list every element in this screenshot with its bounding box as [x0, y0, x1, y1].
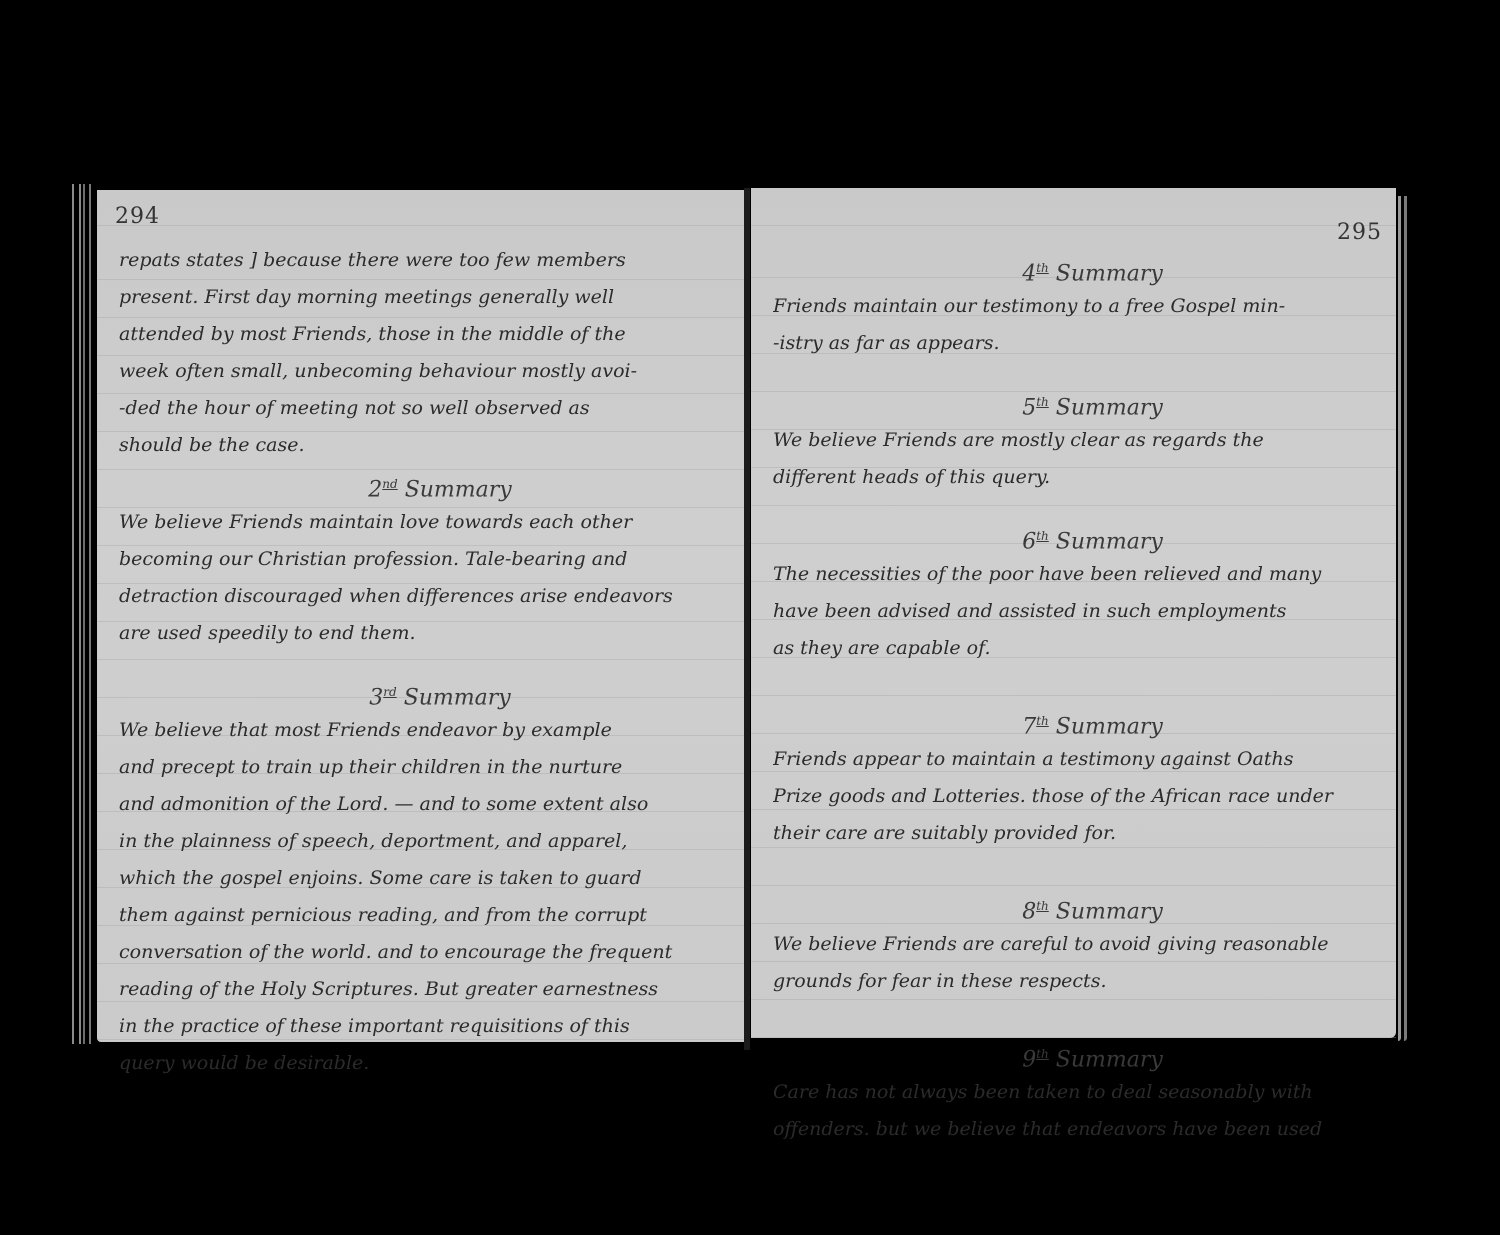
- section-heading-7th-summary: 7th Summary: [773, 701, 1382, 741]
- text-line: them against pernicious reading, and fro…: [119, 897, 731, 934]
- text-line: query would be desirable.: [119, 1045, 731, 1082]
- section-heading-3rd-summary: 3rd Summary: [119, 672, 731, 712]
- heading-ordinal-suffix: th: [1036, 714, 1049, 728]
- page-number-right: 295: [1337, 220, 1382, 245]
- text-line: in the practice of these important requi…: [119, 1008, 731, 1045]
- text-line: their care are suitably provided for.: [773, 815, 1382, 852]
- section-heading-2nd-summary: 2nd Summary: [119, 464, 731, 504]
- section-heading-8th-summary: 8th Summary: [773, 886, 1382, 926]
- text-line: in the plainness of speech, deportment, …: [119, 823, 731, 860]
- text-line: week often small, unbecoming behaviour m…: [119, 353, 731, 390]
- left-page-text: repats states ] because there were too f…: [119, 242, 731, 1082]
- text-line: detraction discouraged when differences …: [119, 578, 731, 615]
- left-page-stack-edge: [70, 184, 97, 1044]
- text-line: -istry as far as appears.: [773, 325, 1382, 362]
- right-page-text: 4th Summary Friends maintain our testimo…: [773, 248, 1382, 1148]
- text-line: We believe Friends are careful to avoid …: [773, 926, 1382, 963]
- left-page: 294 repats states ] because there were t…: [97, 190, 745, 1042]
- heading-ordinal: 8: [1022, 899, 1036, 924]
- text-line: Care has not always been taken to deal s…: [773, 1074, 1382, 1111]
- heading-title: Summary: [404, 685, 511, 710]
- heading-ordinal-suffix: nd: [382, 477, 397, 491]
- heading-ordinal: 7: [1022, 714, 1036, 739]
- heading-title: Summary: [405, 477, 512, 502]
- text-line: becoming our Christian profession. Tale-…: [119, 541, 731, 578]
- heading-ordinal: 9: [1022, 1047, 1036, 1072]
- text-line: have been advised and assisted in such e…: [773, 593, 1382, 630]
- heading-title: Summary: [1056, 899, 1163, 924]
- text-line: should be the case.: [119, 427, 731, 464]
- scanned-book-spread: 294 repats states ] because there were t…: [0, 0, 1500, 1235]
- book-gutter: [744, 188, 750, 1050]
- heading-ordinal-suffix: th: [1036, 395, 1049, 409]
- section-heading-6th-summary: 6th Summary: [773, 516, 1382, 556]
- heading-ordinal: 4: [1022, 261, 1036, 286]
- text-line: attended by most Friends, those in the m…: [119, 316, 731, 353]
- section-heading-9th-summary: 9th Summary: [773, 1034, 1382, 1074]
- text-line: repats states ] because there were too f…: [119, 242, 731, 279]
- right-page-stack-edge: [1396, 196, 1410, 1041]
- text-line: are used speedily to end them.: [119, 615, 731, 652]
- text-line: conversation of the world. and to encour…: [119, 934, 731, 971]
- text-line: which the gospel enjoins. Some care is t…: [119, 860, 731, 897]
- page-number-left: 294: [115, 204, 160, 229]
- text-line: offenders. but we believe that endeavors…: [773, 1111, 1382, 1148]
- text-line: different heads of this query.: [773, 459, 1382, 496]
- section-heading-5th-summary: 5th Summary: [773, 382, 1382, 422]
- text-line: The necessities of the poor have been re…: [773, 556, 1382, 593]
- text-line: We believe that most Friends endeavor by…: [119, 712, 731, 749]
- heading-ordinal: 5: [1022, 395, 1036, 420]
- heading-title: Summary: [1056, 261, 1163, 286]
- text-line: and admonition of the Lord. — and to som…: [119, 786, 731, 823]
- text-line: grounds for fear in these respects.: [773, 963, 1382, 1000]
- text-line: Prize goods and Lotteries. those of the …: [773, 778, 1382, 815]
- heading-title: Summary: [1056, 529, 1163, 554]
- section-heading-4th-summary: 4th Summary: [773, 248, 1382, 288]
- heading-ordinal-suffix: th: [1036, 261, 1049, 275]
- heading-title: Summary: [1056, 395, 1163, 420]
- text-line: and precept to train up their children i…: [119, 749, 731, 786]
- text-line: as they are capable of.: [773, 630, 1382, 667]
- text-line: We believe Friends are mostly clear as r…: [773, 422, 1382, 459]
- heading-ordinal-suffix: th: [1036, 1047, 1049, 1061]
- text-line: reading of the Holy Scriptures. But grea…: [119, 971, 731, 1008]
- heading-ordinal-suffix: rd: [383, 685, 396, 699]
- text-line: -ded the hour of meeting not so well obs…: [119, 390, 731, 427]
- right-page: 295 4th Summary Friends maintain our tes…: [751, 188, 1396, 1038]
- heading-ordinal: 6: [1022, 529, 1036, 554]
- heading-ordinal: 2: [368, 477, 382, 502]
- text-line: We believe Friends maintain love towards…: [119, 504, 731, 541]
- heading-title: Summary: [1056, 714, 1163, 739]
- text-line: Friends appear to maintain a testimony a…: [773, 741, 1382, 778]
- heading-ordinal-suffix: th: [1036, 529, 1049, 543]
- heading-ordinal: 3: [369, 685, 383, 710]
- text-line: present. First day morning meetings gene…: [119, 279, 731, 316]
- heading-title: Summary: [1056, 1047, 1163, 1072]
- text-line: Friends maintain our testimony to a free…: [773, 288, 1382, 325]
- heading-ordinal-suffix: th: [1036, 899, 1049, 913]
